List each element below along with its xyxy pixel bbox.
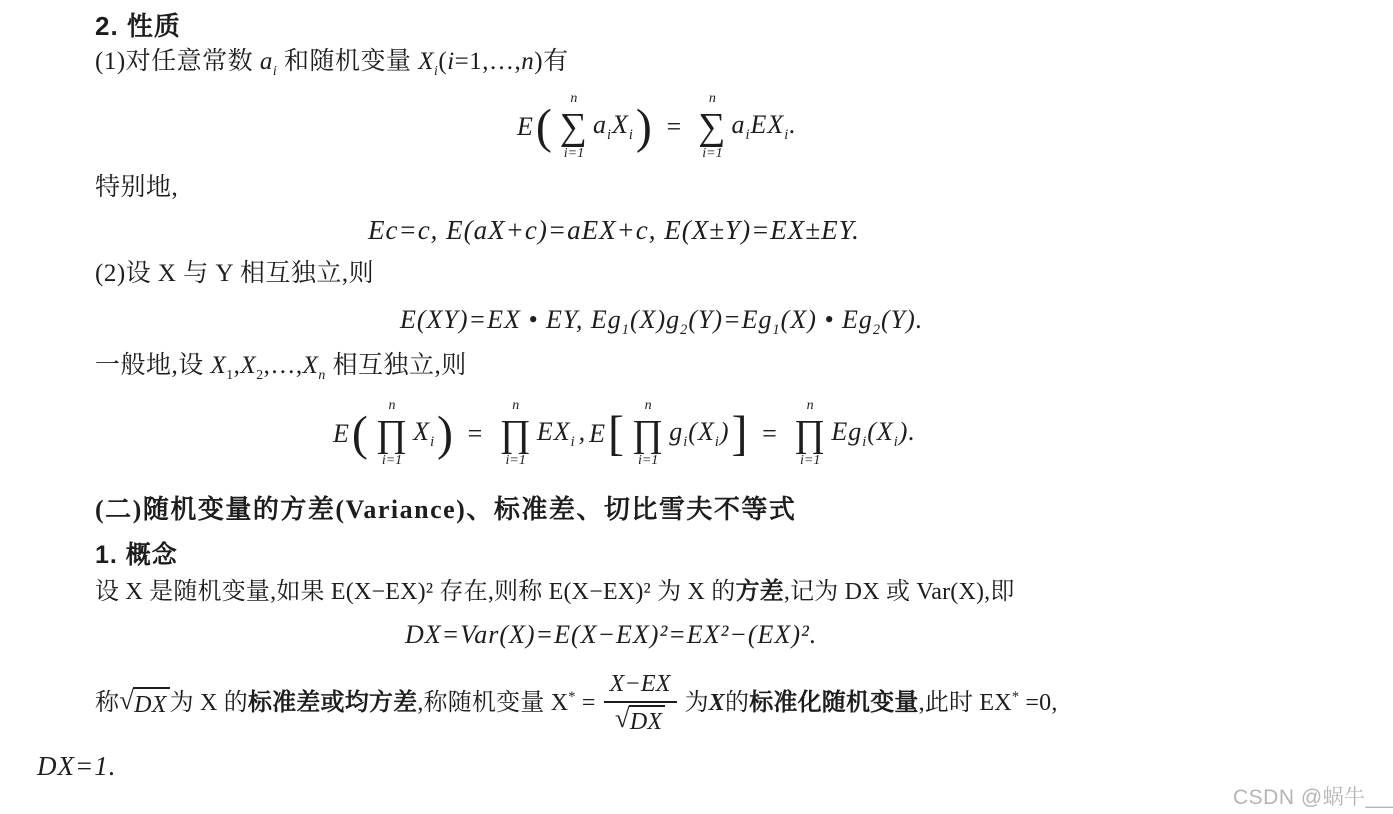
paragraph-standardization: 称 √DX 为 X 的 标准差或均方差 ,称随机变量 X* = X−EX √DX… (95, 660, 1058, 746)
term-EgiXi: Egi(Xi). (831, 417, 916, 451)
heading-properties: 2. 性质 (95, 6, 181, 43)
term-aiEXi: aiEXi. (731, 110, 796, 144)
textbook-page: 2. 性质 (1)对任意常数 ai 和随机变量 Xi(i=1,…,n)有 E (… (0, 0, 1393, 814)
paragraph-prop2: (2)设 X 与 Y 相互独立,则 (95, 258, 374, 289)
right-paren: ) (636, 103, 653, 152)
sqrt-DX: √DX (119, 687, 169, 720)
radical-sign: √ (119, 687, 134, 714)
line-dx-equals-1: DX=1. (37, 751, 116, 782)
term-Xi: Xi (413, 417, 435, 451)
radical-sign: √ (615, 705, 630, 732)
term-standardized-bold: 标准化随机变量 (749, 688, 918, 718)
formula-product-general: E ( n ∏ i=1 Xi ) = n ∏ i=1 EXi, E [ n ∏ … (333, 394, 916, 474)
sigma-sign: ∑ (698, 108, 726, 146)
term-X-bold: X (709, 688, 725, 718)
term-EXi-comma: EXi, (537, 417, 589, 451)
left-paren: ( (352, 410, 369, 459)
general-independence-text: 一般地,设 X1,X2,…,Xn 相互独立,则 (95, 350, 467, 383)
label-specially: 特别地, (95, 172, 178, 203)
paragraph-variance-definition: 设 X 是随机变量,如果 E(X−EX)² 存在,则称 E(X−EX)² 为 X… (95, 577, 1015, 607)
term-aiXi: aiXi (593, 110, 634, 144)
product-operator: n ∏ i=1 (632, 398, 664, 470)
right-paren: ) (437, 410, 454, 459)
heading-variance-section: (二)随机变量的方差(Variance)、标准差、切比雪夫不等式 (95, 489, 796, 526)
pi-sign: ∏ (632, 415, 664, 453)
sum-operator: n ∑ i=1 (560, 91, 588, 163)
paragraph-general-independence: 一般地,设 X1,X2,…,Xn 相互独立,则 (95, 350, 467, 383)
formula-variance: DX=Var(X)=E(X−EX)²=EX²−(EX)². (405, 620, 817, 650)
watermark: CSDN @蜗牛___ (1233, 781, 1393, 811)
product-operator: n ∏ i=1 (500, 398, 532, 470)
pi-sign: ∏ (794, 415, 826, 453)
paragraph-prop1: (1)对任意常数 ai 和随机变量 Xi(i=1,…,n)有 (95, 46, 569, 79)
equals-sign: = (665, 112, 684, 142)
sqrt-DX: √DX (615, 705, 665, 737)
prop1-text: (1)对任意常数 ai 和随机变量 Xi(i=1,…,n)有 (95, 46, 569, 79)
formula-special-cases: Ec=c, E(aX+c)=aEX+c, E(X±Y)=EX±EY. (368, 215, 860, 246)
math-E: E (333, 419, 350, 449)
term-giXi: gi(Xi) (669, 417, 729, 451)
xstar-equals: ,称随机变量 X* = (417, 688, 595, 718)
term-stddev-bold: 标准差或均方差 (248, 688, 417, 718)
equals-sign: = (760, 419, 779, 449)
left-paren: ( (536, 103, 553, 152)
equals-sign: = (466, 419, 485, 449)
term-variance-bold: 方差 (735, 579, 783, 605)
formula-expectation-linearity: E ( n ∑ i=1 aiXi ) = n ∑ i=1 aiEXi. (517, 90, 797, 164)
left-bracket: [ (608, 410, 625, 459)
pi-sign: ∏ (500, 415, 532, 453)
pi-sign: ∏ (376, 415, 408, 453)
product-operator: n ∏ i=1 (376, 398, 408, 470)
heading-concept: 1. 概念 (95, 535, 178, 571)
product-expectation-text: E(XY)=EX • EY, Eg1(X)g2(Y)=Eg1(X) • Eg2(… (400, 305, 923, 339)
right-bracket: ] (732, 410, 749, 459)
formula-product-expectation: E(XY)=EX • EY, Eg1(X)g2(Y)=Eg1(X) • Eg2(… (400, 305, 923, 339)
sum-operator: n ∑ i=1 (698, 91, 726, 163)
product-operator: n ∏ i=1 (794, 398, 826, 470)
ex-star-zero: ,此时 EX* =0, (919, 688, 1058, 718)
math-E: E (517, 112, 534, 142)
fraction-standardized: X−EX √DX (604, 670, 677, 737)
sigma-sign: ∑ (560, 108, 588, 146)
math-E: E (589, 419, 606, 449)
